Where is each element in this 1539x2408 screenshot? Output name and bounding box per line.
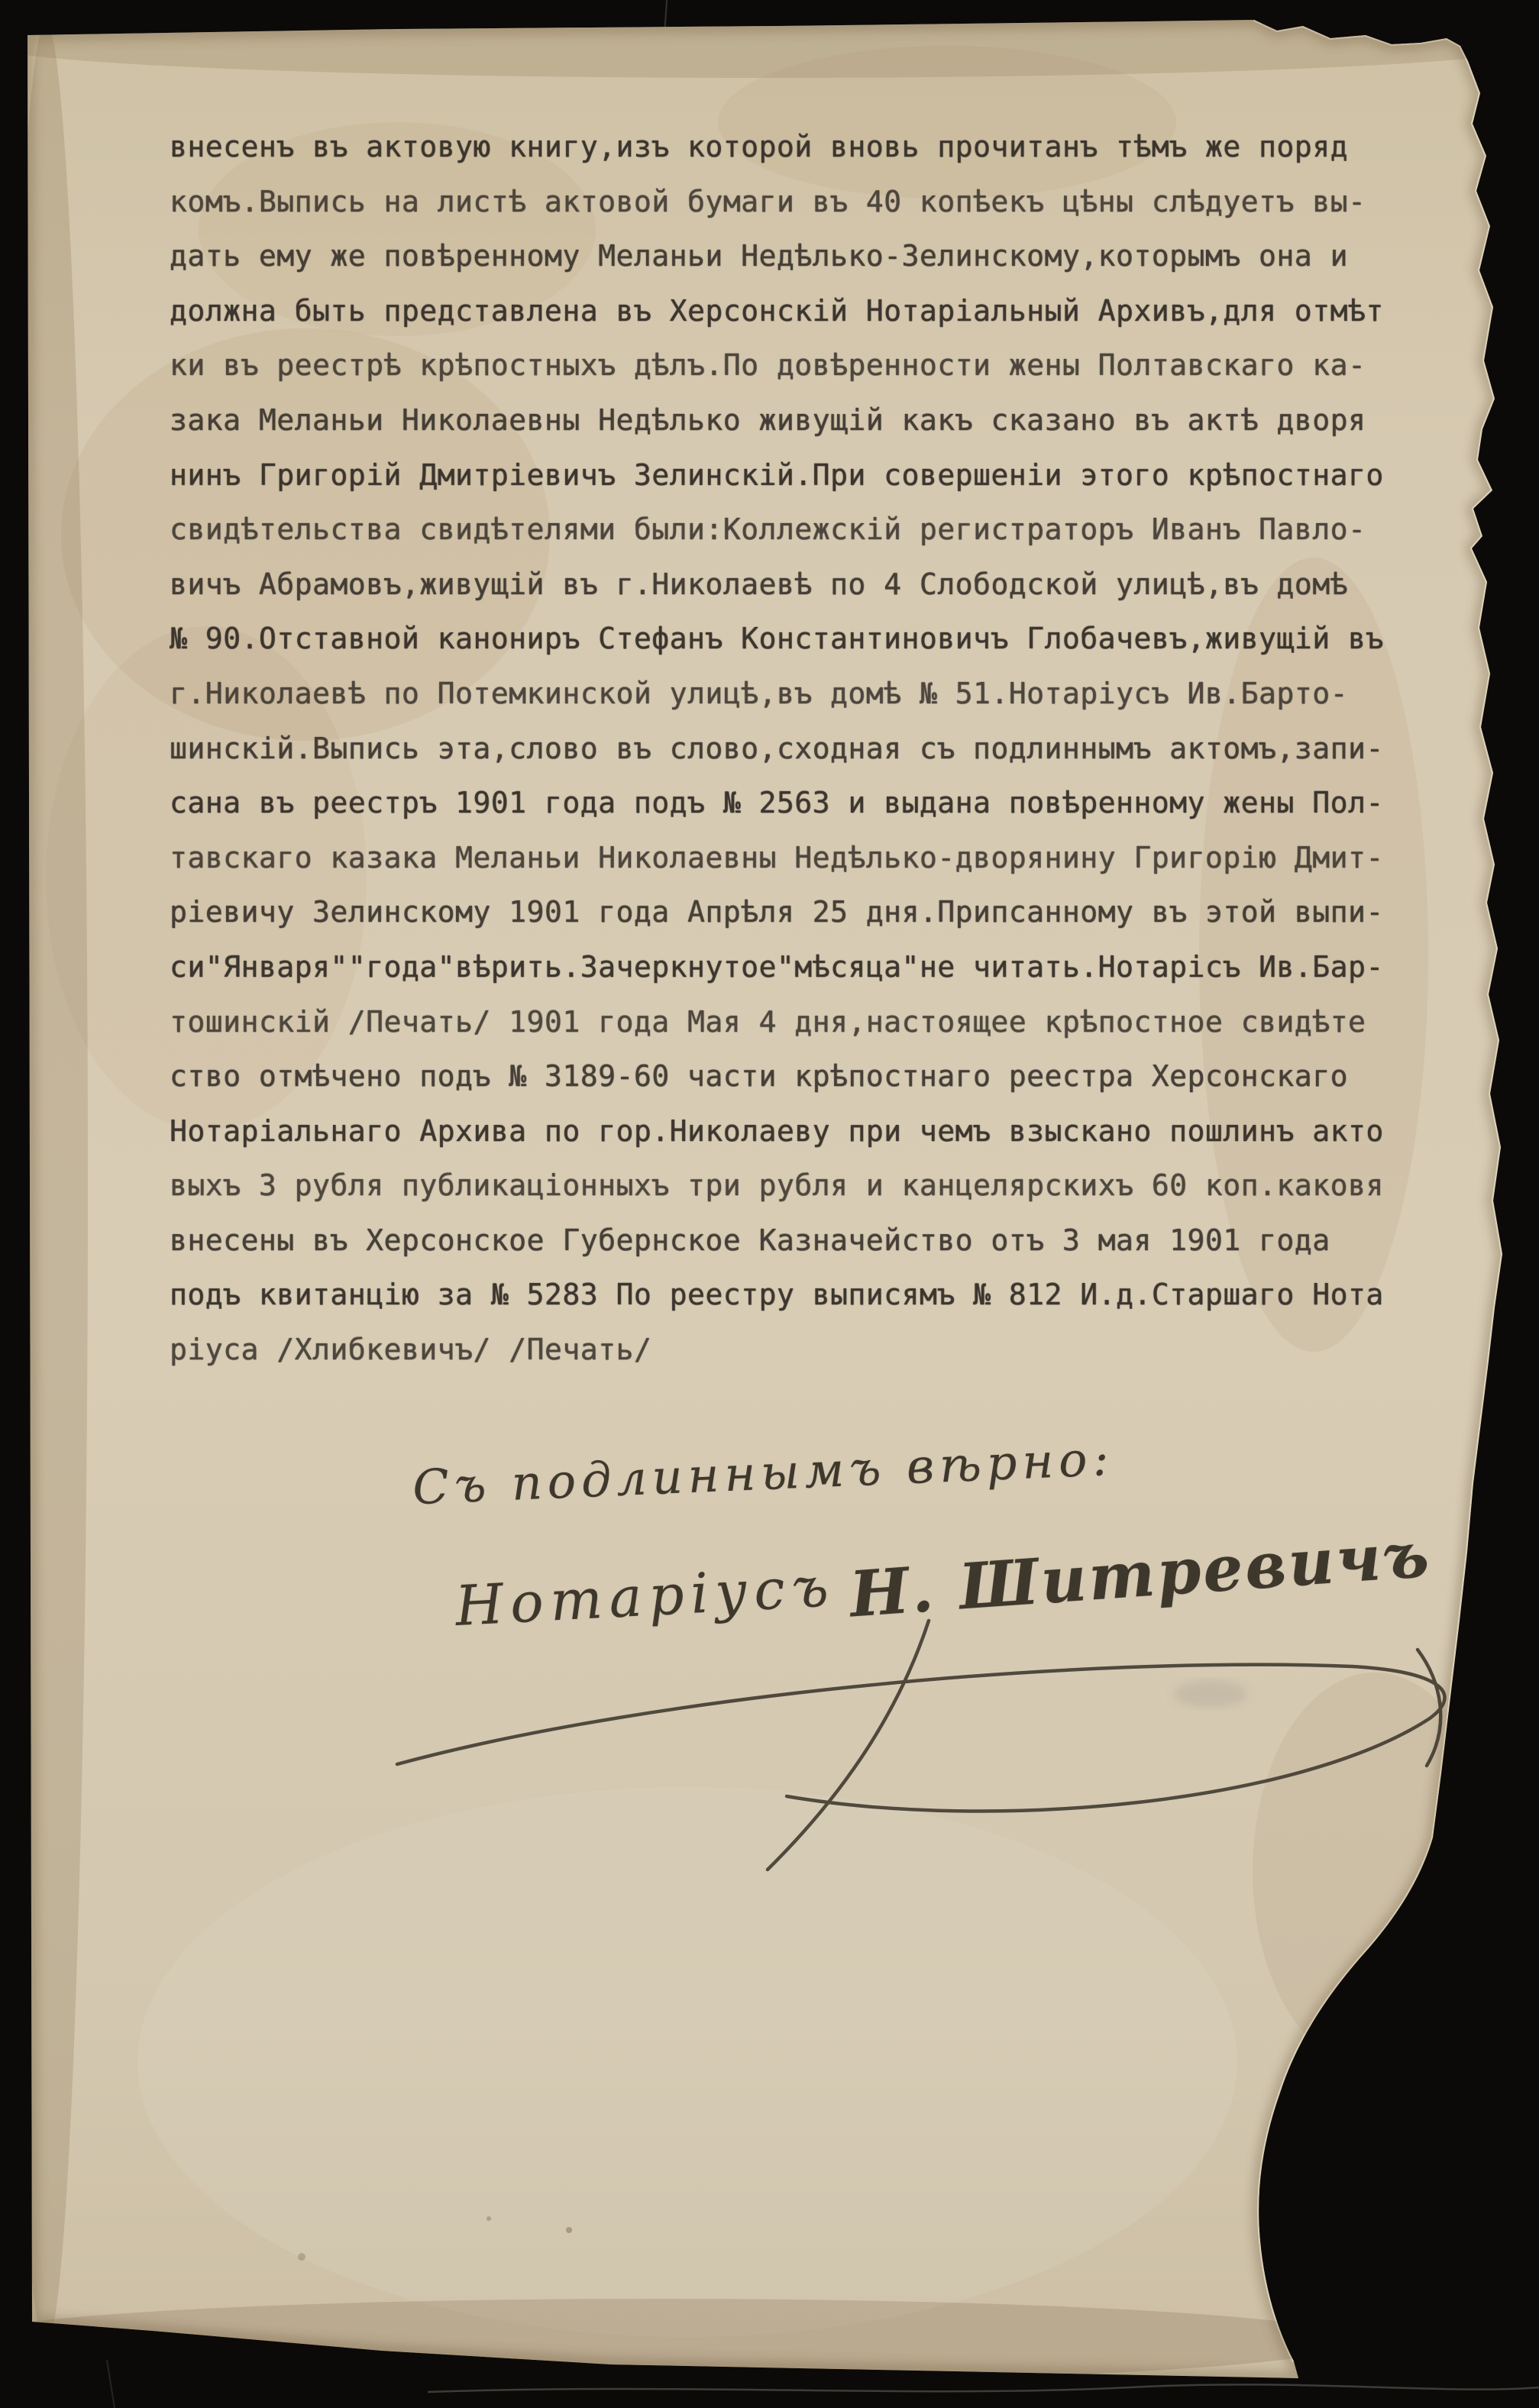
typewritten-line: внесенъ въ актовую книгу,изъ которой вно… bbox=[170, 120, 1384, 175]
ink-smudge bbox=[1174, 1680, 1247, 1708]
typewritten-line: тавскаго казака Меланьи Николаевны Недѣл… bbox=[170, 831, 1384, 886]
typewritten-line: г.Николаевѣ по Потемкинской улицѣ,въ дом… bbox=[170, 667, 1384, 722]
typewritten-line: си"Января""года"вѣрить.Зачеркнутое"мѣсяц… bbox=[170, 940, 1384, 995]
typewritten-line: сана въ реестръ 1901 года подъ № 2563 и … bbox=[170, 776, 1384, 831]
typewritten-line: ство отмѣчено подъ № 3189-60 части крѣпо… bbox=[170, 1049, 1384, 1104]
typewritten-line: Нотаріальнаго Архива по гор.Николаеву пр… bbox=[170, 1104, 1384, 1159]
typewritten-line: № 90.Отставной канониръ Стефанъ Констант… bbox=[170, 612, 1384, 667]
typewritten-line: выхъ 3 рубля публикаціонныхъ три рубля и… bbox=[170, 1159, 1384, 1214]
typewritten-line: ріуса /Хлибкевичъ/ /Печать/ bbox=[170, 1323, 1384, 1378]
typewritten-line: вичъ Абрамовъ,живущій въ г.Николаевѣ по … bbox=[170, 558, 1384, 613]
typewritten-line: должна быть представлена въ Херсонскій Н… bbox=[170, 284, 1384, 339]
typewritten-line: комъ.Выпись на листѣ актовой бумаги въ 4… bbox=[170, 175, 1384, 230]
scan-background: внесенъ въ актовую книгу,изъ которой вно… bbox=[0, 0, 1539, 2408]
typewritten-line: зака Меланьи Николаевны Недѣлько живущій… bbox=[170, 393, 1384, 448]
typewritten-line: нинъ Григорій Дмитріевичъ Зелинскій.При … bbox=[170, 448, 1384, 503]
typewritten-line: ки въ реестрѣ крѣпостныхъ дѣлъ.По довѣре… bbox=[170, 338, 1384, 393]
typewritten-line: внесены въ Херсонское Губернское Казначе… bbox=[170, 1214, 1384, 1269]
typewritten-line: дать ему же повѣренному Меланьи Недѣлько… bbox=[170, 229, 1384, 284]
typewritten-line: подъ квитанцію за № 5283 По реестру выпи… bbox=[170, 1268, 1384, 1323]
typewritten-line: ріевичу Зелинскому 1901 года Апрѣля 25 д… bbox=[170, 885, 1384, 940]
typewritten-line: свидѣтельства свидѣтелями были:Коллежскі… bbox=[170, 503, 1384, 558]
typewritten-line: шинскій.Выпись эта,слово въ слово,сходна… bbox=[170, 722, 1384, 777]
typewritten-line: тошинскій /Печать/ 1901 года Мая 4 дня,н… bbox=[170, 995, 1384, 1050]
typewritten-text-block: внесенъ въ актовую книгу,изъ которой вно… bbox=[170, 120, 1384, 1378]
